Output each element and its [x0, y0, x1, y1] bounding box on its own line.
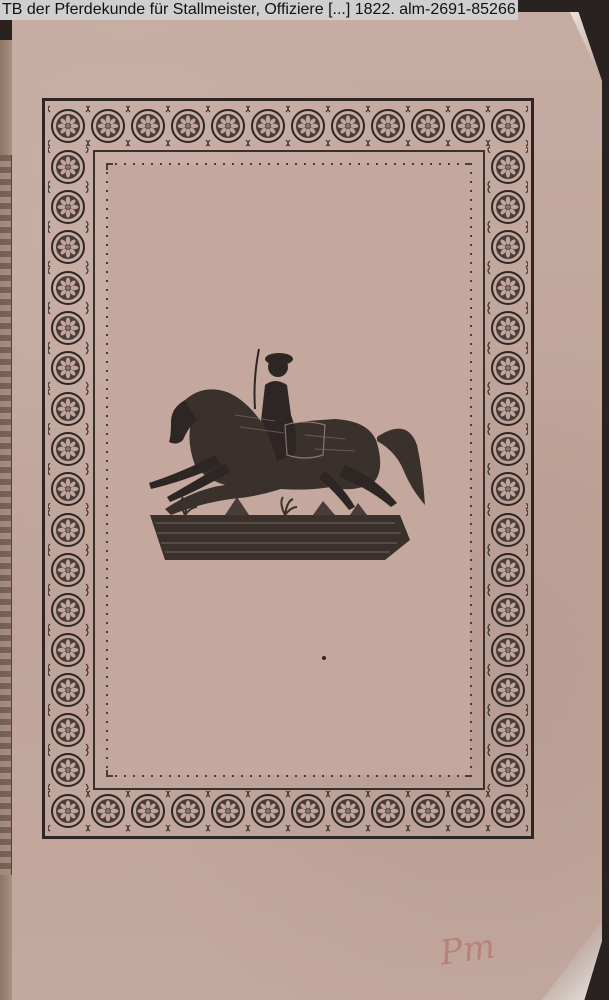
handwritten-mark: Pm — [437, 926, 497, 973]
ink-speck — [322, 656, 326, 660]
scan-viewport: Pm — [0, 0, 609, 1000]
window-title: TB der Pferdekunde für Stallmeister, Off… — [0, 0, 518, 20]
underlying-page-border — [0, 155, 14, 875]
horse-rider-woodcut — [145, 345, 430, 565]
